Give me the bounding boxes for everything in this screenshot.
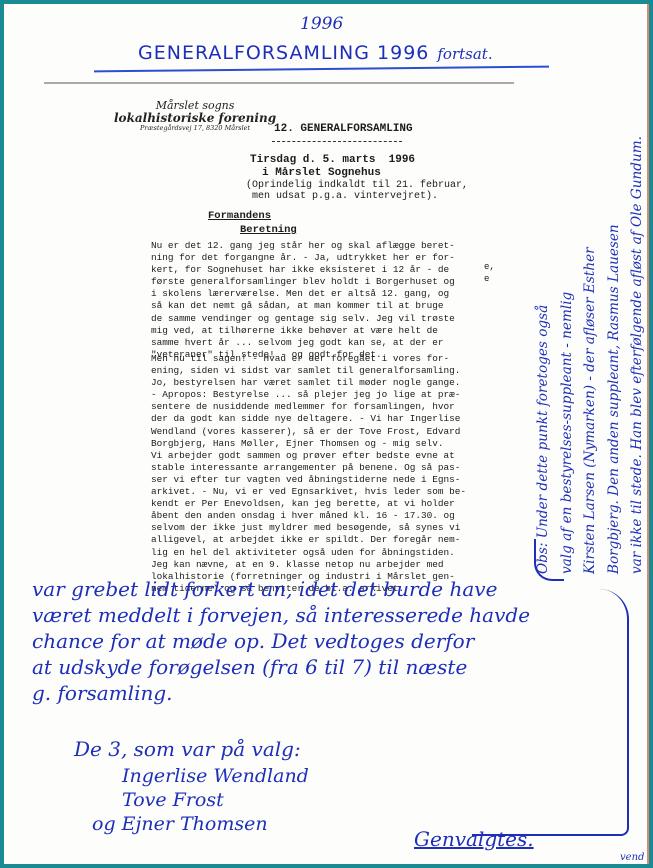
- report-paragraph-1: Nu er det 12. gang jeg står her og skal …: [151, 240, 455, 361]
- report-line: sentere de nusiddende medlemmer for fors…: [151, 401, 466, 413]
- report-line: Nu er det 12. gang jeg står her og skal …: [151, 240, 455, 252]
- report-line: kert, for Sognehuset har ikke eksisteret…: [151, 264, 455, 276]
- elected-name: Tove Frost: [122, 788, 309, 812]
- meeting-title: 12. GENERALFORSAMLING: [274, 123, 413, 135]
- stray-scan-mark: e: [484, 274, 489, 284]
- section-heading-beretning: Beretning: [240, 224, 297, 236]
- association-letterhead: Mårslet sogns lokalhistoriske forening P…: [114, 100, 276, 132]
- margin-note-rotated: Obs: Under dette punkt foretoges ogsåval…: [532, 14, 650, 574]
- handwritten-line: at udskyde forøgelsen (fra 6 til 7) til …: [32, 654, 530, 680]
- handwritten-line: var grebet lidt forkert an, idet det bur…: [32, 576, 530, 602]
- report-line: Jo, bestyrelsen har været samlet til mød…: [151, 377, 466, 389]
- margin-note-line: Obs: Under dette punkt foretoges også: [532, 14, 556, 574]
- report-line: åbent den anden onsdag i hver måned kl. …: [151, 510, 466, 522]
- handwritten-year: 1996: [300, 14, 343, 34]
- meeting-place: i Mårslet Sognehus: [262, 167, 381, 179]
- title-underline: [94, 66, 549, 73]
- handwritten-line: g. forsamling.: [32, 680, 530, 706]
- margin-note-line: var ikke til stede. Han blev efterfølgen…: [626, 14, 650, 574]
- report-line: lig en hel del aktiviteter også uden for…: [151, 547, 466, 559]
- section-heading-formandens: Formandens: [208, 210, 271, 222]
- margin-note-line: Borgbjerg. Den anden suppleant, Rasmus L…: [603, 14, 627, 574]
- title-suffix: fortsat.: [437, 45, 492, 63]
- report-line: stable interessante arrangementer på ben…: [151, 462, 466, 474]
- handwritten-title: GENERALFORSAMLING 1996fortsat.: [138, 42, 493, 64]
- report-line: de samme vendinger og gentage sig selv. …: [151, 313, 455, 325]
- report-line: i skolens lærerværelse. Men det er altså…: [151, 288, 455, 300]
- report-line: - Apropos: Bestyrelse ... så plejer jeg …: [151, 389, 466, 401]
- report-line: mig ved, at tilhørerne ikke behøver at v…: [151, 325, 455, 337]
- report-line: Wendland (vores kasserer), så er der Tov…: [151, 426, 466, 438]
- report-line: ser vi efter tur vagten ved åbningstider…: [151, 474, 466, 486]
- meeting-title-rule: [272, 141, 402, 142]
- note-line: (Oprindelig indkaldt til 21. februar,: [246, 180, 468, 191]
- pasted-clipping-edge: [44, 82, 514, 84]
- handwritten-line: chance for at møde op. Det vedtoges derf…: [32, 628, 530, 654]
- report-line: ning for det forgangne år. - Ja, udtrykk…: [151, 252, 455, 264]
- margin-note-line: valg af en bestyrelses-suppleant - nemli…: [556, 14, 580, 574]
- report-line: ening, siden vi sidst var samlet til gen…: [151, 365, 466, 377]
- report-line: arkivet. - Nu, vi er ved Egnsarkivet, hv…: [151, 486, 466, 498]
- margin-note-line: Kirsten Larsen (Nymarken) - der afløser …: [579, 14, 603, 574]
- report-line: så kan det nemt gå sådan, at man kommer …: [151, 300, 455, 312]
- election-heading: De 3, som var på valg:: [74, 737, 301, 761]
- report-line: Jeg kan nævne, at en 9. klasse netop nu …: [151, 559, 466, 571]
- handwritten-continuation: var grebet lidt forkert an, idet det bur…: [32, 576, 530, 706]
- report-line: alligevel, at arbejdet ikke er spildt. D…: [151, 534, 466, 546]
- handwritten-line: været meddelt i forvejen, så interessere…: [32, 602, 530, 628]
- report-line: første generalforsamlinger blev holdt i …: [151, 276, 455, 288]
- letterhead-address: Præstegårdsvej 17, 8320 Mårslet: [114, 125, 276, 132]
- postponement-note: (Oprindelig indkaldt til 21. februar, me…: [246, 180, 468, 202]
- report-line: der da godt kan sidde nye deltagere. - V…: [151, 413, 466, 425]
- report-line: Borgbjerg, Hans Møller, Ejner Thomsen og…: [151, 438, 466, 450]
- report-line: Vi arbejder godt sammen og prøver efter …: [151, 450, 466, 462]
- report-paragraph-2: Men nu til sagen! - Hvad er der foregået…: [151, 353, 466, 595]
- meeting-date: Tirsdag d. 5. marts 1996: [250, 154, 415, 166]
- report-line: samme hvert år ... selvom jeg godt kan s…: [151, 337, 455, 349]
- elected-names-list: Ingerlise Wendland Tove Frost og Ejner T…: [122, 764, 309, 836]
- stray-scan-mark: e,: [484, 262, 495, 272]
- note-line: men udsat p.g.a. vintervejret).: [246, 191, 468, 202]
- elected-name: Ingerlise Wendland: [122, 764, 309, 788]
- report-line: Men nu til sagen! - Hvad er der foregået…: [151, 353, 466, 365]
- scanned-page: 1996 GENERALFORSAMLING 1996fortsat. Mårs…: [4, 4, 649, 864]
- election-result: Genvalgtes.: [414, 827, 534, 851]
- turn-page-note: vend: [620, 852, 644, 863]
- elected-name: og Ejner Thomsen: [92, 812, 309, 836]
- report-line: selvom der ikke just myldrer med besøgen…: [151, 522, 466, 534]
- report-line: kendt er Per Enevoldsen, kan jeg berette…: [151, 498, 466, 510]
- title-text: GENERALFORSAMLING 1996: [138, 42, 429, 64]
